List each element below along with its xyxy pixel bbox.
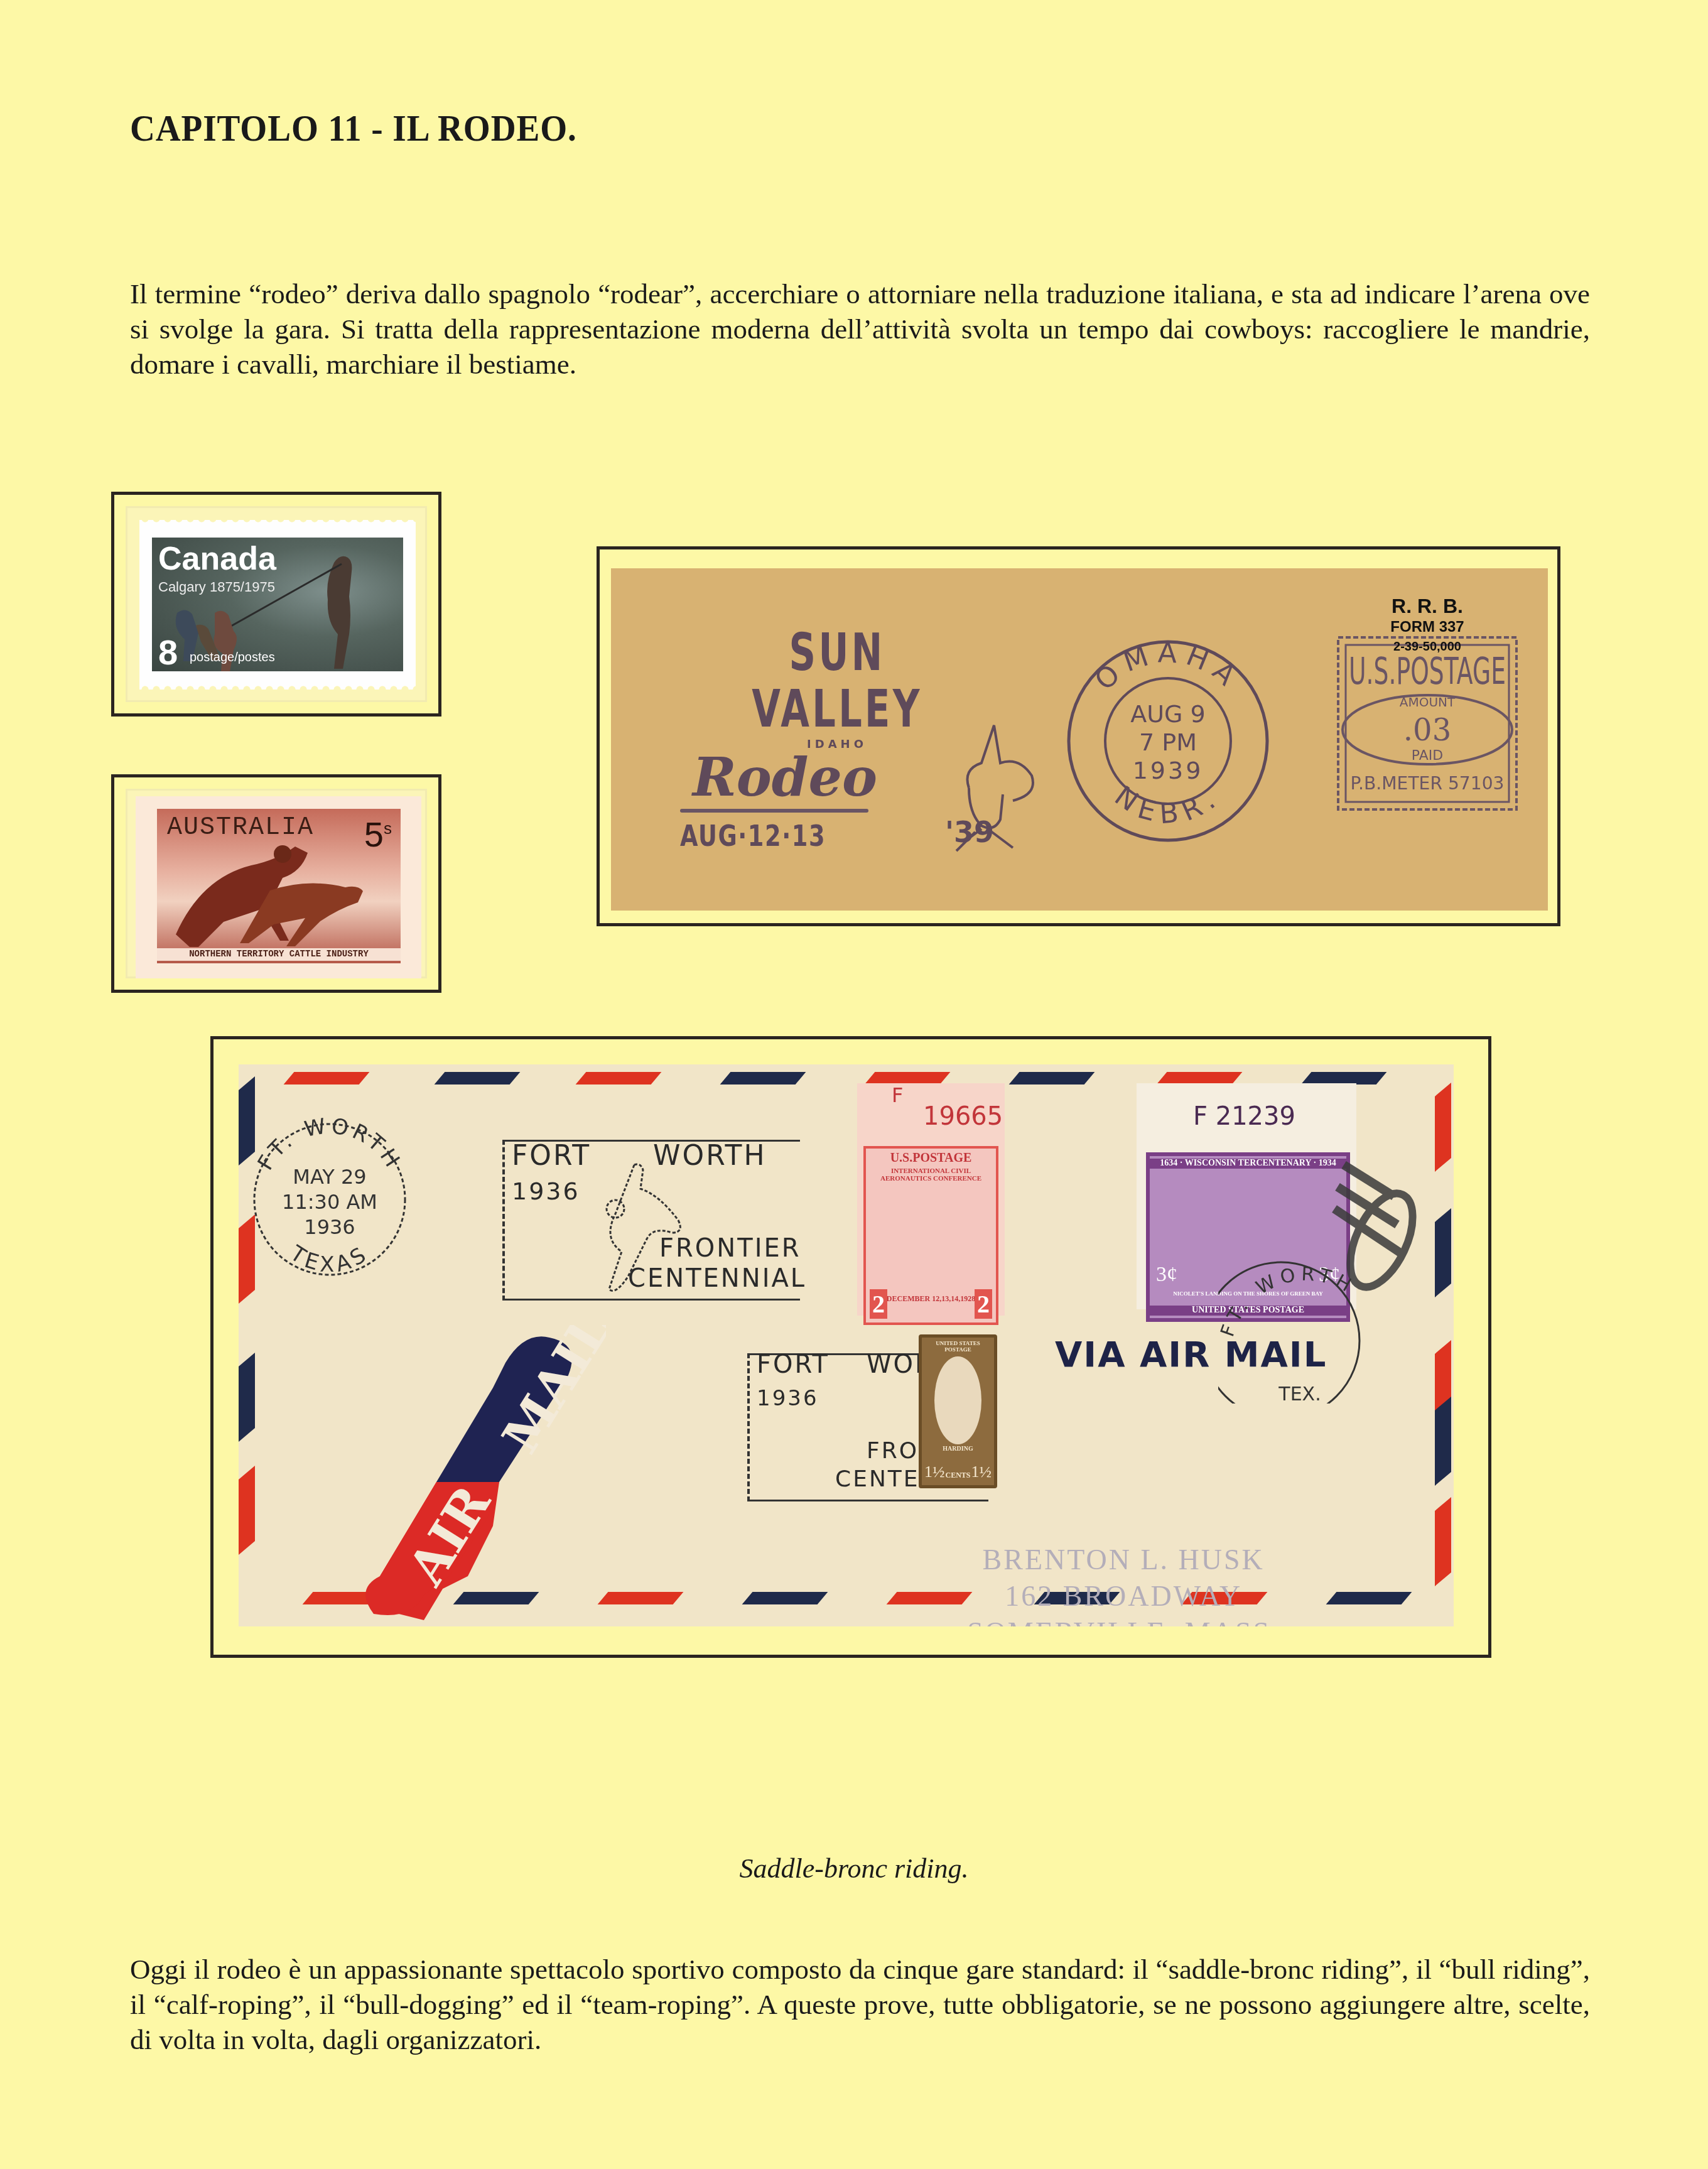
svg-text:7 PM: 7 PM bbox=[1139, 728, 1197, 756]
plate-letter: F bbox=[892, 1083, 903, 1107]
stamp-canada-art: Canada Calgary 1875/1975 8 postage/poste… bbox=[152, 538, 403, 671]
svg-text:1939: 1939 bbox=[1133, 757, 1204, 784]
airmail-cover: FT. WORTH TEXAS MAY 29 11:30 AM 1936 FOR… bbox=[239, 1064, 1454, 1626]
stamp-mount-canada: Canada Calgary 1875/1975 8 postage/poste… bbox=[111, 492, 441, 717]
intro-paragraph: Il termine “rodeo” deriva dallo spagnolo… bbox=[130, 276, 1590, 382]
recipient-address: BRENTON L. HUSK 162 BROADWAY SOMERVILLE,… bbox=[967, 1542, 1280, 1626]
stamp-postage-label: postage/postes bbox=[190, 651, 275, 665]
address-street: 162 BROADWAY bbox=[967, 1578, 1280, 1615]
stamp-subtitle: Calgary 1875/1975 bbox=[158, 579, 275, 595]
cover-mount-airmail: FT. WORTH TEXAS MAY 29 11:30 AM 1936 FOR… bbox=[210, 1036, 1491, 1658]
stamp-canada-calgary: Canada Calgary 1875/1975 8 postage/poste… bbox=[139, 520, 416, 690]
svg-text:TEX.: TEX. bbox=[1278, 1383, 1321, 1404]
outro-paragraph: Oggi il rodeo è un appassionante spettac… bbox=[130, 1952, 1590, 2057]
svg-text:MAY 29: MAY 29 bbox=[293, 1165, 366, 1189]
stamp-1-5c-harding: UNITED STATES POSTAGE HARDING 1½ 1½ CENT… bbox=[919, 1334, 997, 1488]
plate-number-3c: F 21239 bbox=[1193, 1102, 1295, 1131]
bronco-rider-icon bbox=[590, 1159, 703, 1297]
address-city: SOMERVILLE, MASS. bbox=[967, 1615, 1280, 1626]
cover-mount-sun-valley: SUN VALLEY IDAHO Rodeo AUG·12·13 '39 bbox=[597, 546, 1560, 926]
slogan-rule bbox=[680, 809, 868, 813]
via-air-mail-label: VIA AIR MAIL bbox=[1055, 1334, 1327, 1375]
svg-text:11:30 AM: 11:30 AM bbox=[282, 1190, 377, 1214]
page-title: CAPITOLO 11 - IL RODEO. bbox=[130, 107, 577, 150]
sun-valley-slogan-cancel: SUN VALLEY IDAHO Rodeo AUG·12·13 '39 bbox=[680, 625, 994, 853]
intro-text: Il termine “rodeo” deriva dallo spagnolo… bbox=[130, 276, 1590, 382]
outro-text: Oggi il rodeo è un appassionante spettac… bbox=[130, 1952, 1590, 2057]
omaha-postmark: OMAHA NEBR. AUG 9 7 PM 1939 bbox=[1064, 637, 1272, 845]
svg-text:.03: .03 bbox=[1403, 713, 1451, 748]
airmail-arrow-logo: MAIL AIR bbox=[342, 1325, 606, 1620]
harding-portrait bbox=[934, 1356, 981, 1444]
corner-card-line3: 2-39-50,000 bbox=[1333, 640, 1522, 654]
stamp-mount-australia: AUSTRALIA 5s NORTHERN TERRITORY CATTLE I… bbox=[111, 774, 441, 993]
stamp-2c-aeronautics: U.S.POSTAGE INTERNATIONAL CIVIL AERONAUT… bbox=[863, 1146, 998, 1325]
address-name: BRENTON L. HUSK bbox=[967, 1542, 1280, 1578]
stamp-country: Canada bbox=[158, 540, 276, 578]
slogan-date: AUG·12·13 bbox=[680, 819, 931, 853]
svg-text:OMAHA: OMAHA bbox=[1089, 637, 1247, 697]
svg-text:1936: 1936 bbox=[304, 1215, 355, 1239]
svg-text:PAID: PAID bbox=[1412, 748, 1443, 764]
slogan-title: SUN VALLEY bbox=[724, 625, 950, 738]
svg-text:P.B.METER 57103: P.B.METER 57103 bbox=[1351, 773, 1505, 794]
stamp-australia-art: AUSTRALIA 5s NORTHERN TERRITORY CATTLE I… bbox=[157, 809, 401, 963]
svg-text:AUG 9: AUG 9 bbox=[1130, 700, 1206, 728]
svg-text:AMOUNT: AMOUNT bbox=[1400, 695, 1456, 710]
stamp-australia-cattle: AUSTRALIA 5s NORTHERN TERRITORY CATTLE I… bbox=[136, 796, 421, 978]
plate-number-2c: 19665 bbox=[923, 1102, 1003, 1131]
svg-text:U.S.POSTAGE: U.S.POSTAGE bbox=[1349, 650, 1506, 693]
corner-card-line1: R. R. B. bbox=[1333, 595, 1522, 618]
cowboy-head-icon bbox=[944, 719, 1038, 857]
stamp-value: 5s bbox=[364, 814, 392, 855]
stamp-country: AUSTRALIA bbox=[167, 814, 314, 842]
postage-meter-imprint: R. R. B. FORM 337 U.S.POSTAGE AMOUNT .03… bbox=[1333, 595, 1522, 833]
cover-caption: Saddle-bronc riding. bbox=[0, 1853, 1708, 1885]
svg-text:NEBR.: NEBR. bbox=[1109, 780, 1228, 830]
fort-worth-postmark-left: FT. WORTH TEXAS MAY 29 11:30 AM 1936 bbox=[245, 1115, 414, 1284]
stamp-value: 8 bbox=[158, 635, 178, 670]
svg-text:TEXAS: TEXAS bbox=[285, 1240, 374, 1277]
sun-valley-cover: SUN VALLEY IDAHO Rodeo AUG·12·13 '39 bbox=[611, 568, 1548, 911]
stamp-footer: NORTHERN TERRITORY CATTLE INDUSTRY bbox=[157, 948, 401, 961]
